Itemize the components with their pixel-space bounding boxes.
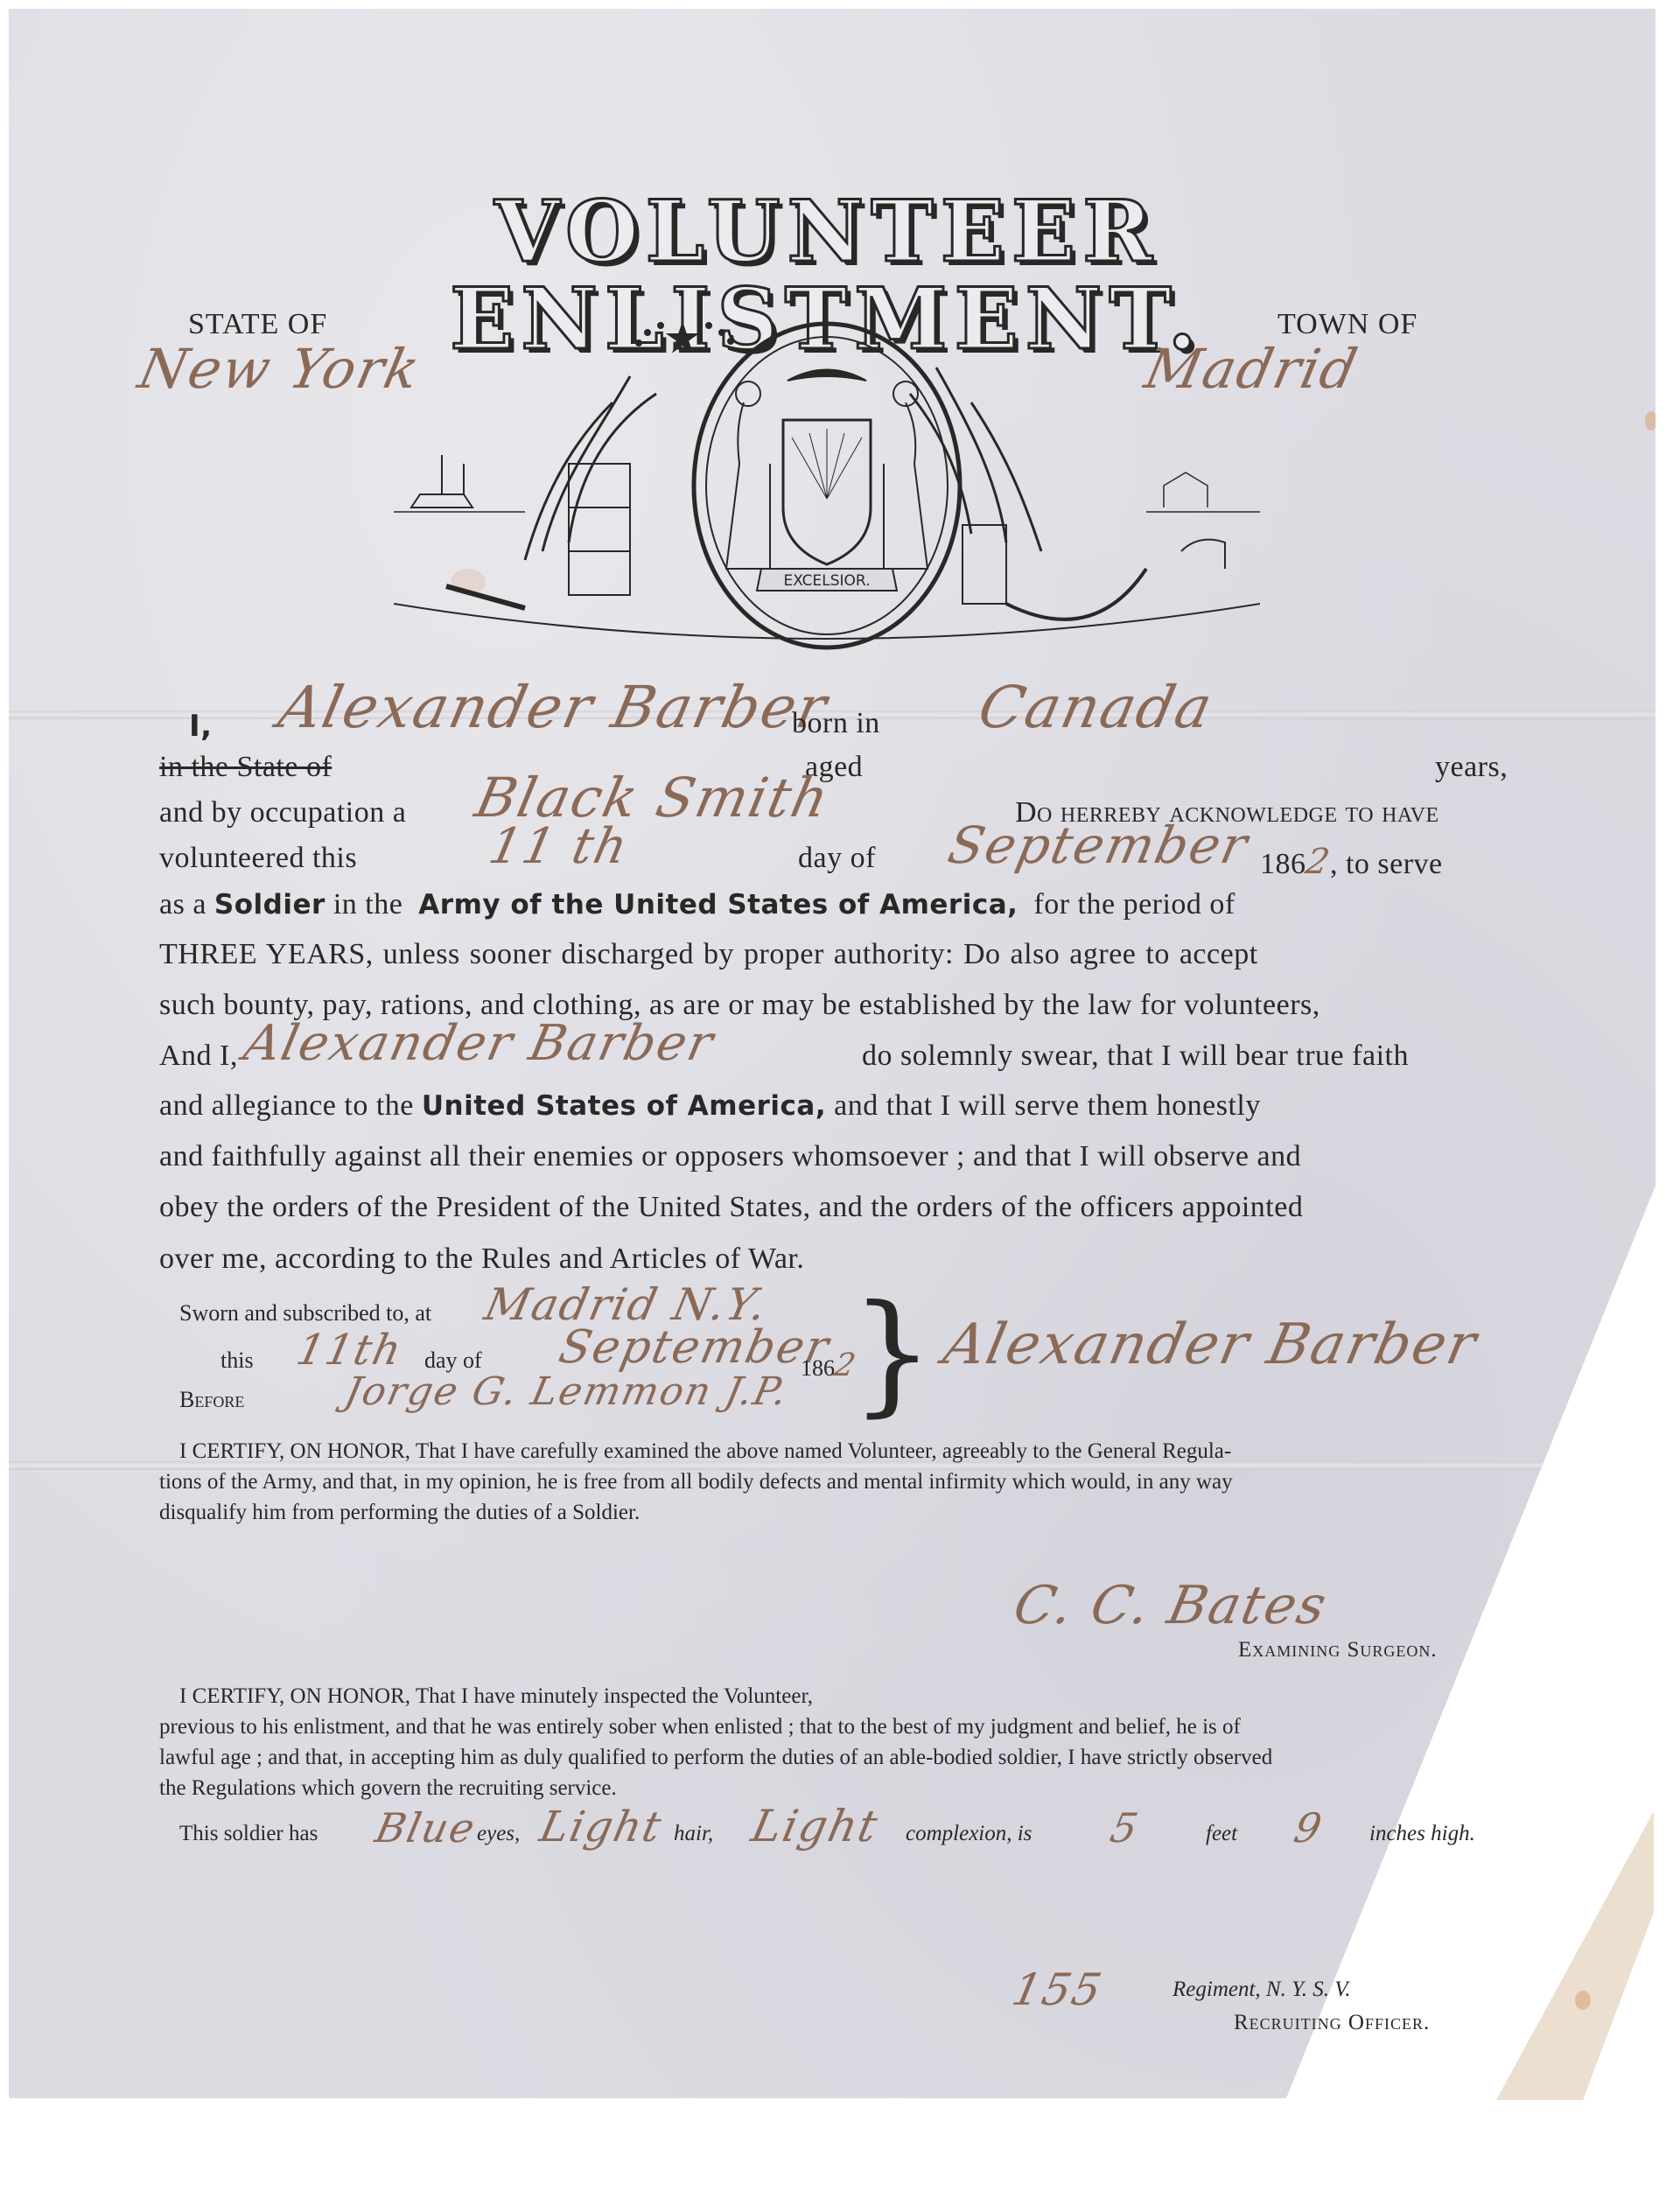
- declaration-line-faithfully: and faithfully against all their enemies…: [159, 1140, 1301, 1173]
- complexion-value: Light: [747, 1801, 884, 1851]
- eyes-label: eyes,: [477, 1822, 520, 1846]
- state-seal-engraving: EXCELSIOR.: [394, 306, 1260, 656]
- inches-label: inches high.: [1369, 1822, 1475, 1846]
- eye-color-value: Blue: [371, 1804, 480, 1851]
- born-in-label: born in: [792, 707, 880, 740]
- oath-name: Alexander Barber: [239, 1015, 719, 1072]
- surgeon-cert-line-1: I CERTIFY, ON HONOR, That I have careful…: [179, 1439, 1231, 1464]
- officer-cert-line-1: I CERTIFY, ON HONOR, That I have minutel…: [179, 1684, 813, 1709]
- before-official-value: Jorge G. Lemmon J.P.: [341, 1369, 793, 1414]
- document-title: VOLUNTEER ENLISTMENT.: [162, 188, 1492, 276]
- officer-cert-line-4: the Regulations which govern the recruit…: [159, 1776, 617, 1801]
- oath-month-value: September: [555, 1321, 835, 1374]
- birthplace-value: Canada: [973, 674, 1220, 741]
- hair-label: hair,: [674, 1822, 713, 1846]
- declaration-i: I,: [189, 709, 213, 744]
- paper-stain: [1575, 1991, 1591, 2010]
- enlist-day-value: 11 th: [484, 818, 633, 875]
- officer-cert-line-2: previous to his enlistment, and that he …: [159, 1715, 1241, 1739]
- oath-brace: }: [850, 1288, 934, 1419]
- surgeon-signature: C. C. Bates: [1009, 1575, 1333, 1636]
- state-value: New York: [133, 337, 426, 401]
- regiment-label: Regiment, N. Y. S. V.: [1172, 1977, 1351, 2002]
- volunteered-label: volunteered this: [159, 842, 357, 875]
- oath-day-value: 11th: [292, 1326, 407, 1375]
- declaration-line-soldier: as a Soldier in the Army of the United S…: [159, 888, 1235, 921]
- oath-year: 1862: [801, 1347, 857, 1383]
- officer-cert-line-3: lawful age ; and that, in accepting him …: [159, 1746, 1272, 1770]
- hair-color-value: Light: [535, 1802, 667, 1851]
- declaration-line-allegiance: and allegiance to the United States of A…: [159, 1089, 1261, 1123]
- regiment-number-value: 155: [1008, 1964, 1108, 2015]
- day-of-label: day of: [798, 842, 876, 875]
- surgeon-title: Examining Surgeon.: [1238, 1638, 1438, 1662]
- volunteer-signature: Alexander Barber: [938, 1312, 1483, 1377]
- feet-label: feet: [1206, 1822, 1237, 1846]
- description-label: This soldier has: [179, 1822, 318, 1846]
- sworn-label: Sworn and subscribed to, at: [179, 1300, 431, 1326]
- before-label: Before: [179, 1387, 244, 1413]
- volunteer-name: Alexander Barber: [273, 674, 834, 741]
- enlist-year: 1862, to serve: [1260, 842, 1443, 882]
- declaration-line-articles: over me, according to the Rules and Arti…: [159, 1242, 804, 1276]
- seal-motto: EXCELSIOR.: [783, 572, 870, 590]
- recruiting-officer-title: Recruiting Officer.: [1234, 2011, 1430, 2035]
- folded-corner: [1496, 1811, 1654, 2100]
- enlist-month-value: September: [943, 815, 1254, 875]
- years-label: years,: [1435, 751, 1508, 784]
- declaration-line-three-years: THREE YEARS, unless sooner discharged by…: [159, 938, 1258, 971]
- occupation-label: and by occupation a: [159, 796, 406, 829]
- declaration-line-and-i: And I,: [159, 1039, 238, 1073]
- declaration-line-obey: obey the orders of the President of the …: [159, 1191, 1303, 1224]
- declaration-line-swear: do solemnly swear, that I will bear true…: [862, 1039, 1409, 1073]
- paper-stain: [1645, 411, 1657, 430]
- oath-this-label: this: [220, 1347, 254, 1374]
- complexion-label: complexion, is: [906, 1822, 1032, 1846]
- surgeon-cert-line-3: disqualify him from performing the dutie…: [159, 1501, 640, 1525]
- surgeon-cert-line-2: tions of the Army, and that, in my opini…: [159, 1470, 1233, 1494]
- stars-icon: [636, 323, 733, 351]
- state-of-label: in the State of: [159, 751, 332, 784]
